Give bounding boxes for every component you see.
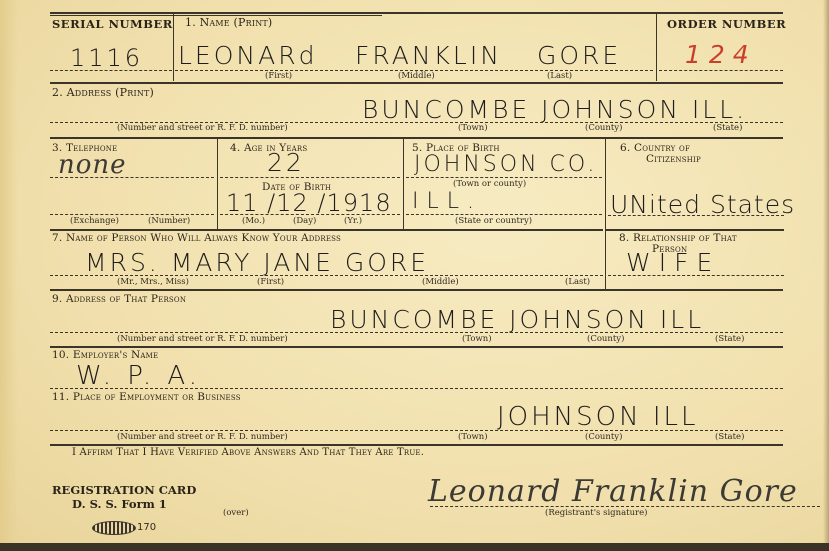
rule: [50, 289, 783, 291]
employment-sub-town: (Town): [458, 432, 488, 442]
field-line: [220, 177, 400, 178]
name-sub-first: (First): [265, 71, 292, 81]
divider: [403, 138, 404, 230]
citizenship-label-2: Citizenship: [646, 153, 701, 165]
contact-sub-title: (Mr., Mrs., Miss): [117, 277, 189, 287]
address-value: BUNCOMBE JOHNSON ILL.: [362, 95, 747, 124]
rule: [50, 229, 603, 231]
address-label: 2. Address (Print): [52, 86, 154, 99]
printer-seal-icon: [92, 521, 136, 535]
field-line: [608, 215, 784, 216]
name-middle-value: FRANKLIN: [355, 41, 502, 70]
contact-sub-last: (Last): [565, 277, 590, 287]
contact-address-label: 9. Address of That Person: [52, 293, 186, 305]
employment-sub-county: (County): [585, 432, 622, 442]
name-sub-middle: (Middle): [398, 71, 435, 81]
divider: [656, 14, 657, 81]
rule: [50, 12, 382, 14]
field-line: [430, 506, 820, 507]
telephone-value: none: [58, 150, 127, 180]
telephone-sub-exchange: (Exchange): [70, 216, 119, 226]
contact-address-sub-state: (State): [715, 334, 744, 344]
birthplace-town-value: JOHNSON CO.: [414, 152, 597, 177]
affirmation-text: I Affirm That I Have Verified Above Answ…: [72, 447, 424, 458]
card-edge-shadow: [0, 0, 18, 551]
card-title: REGISTRATION CARD: [52, 483, 196, 497]
contact-value: MRS. MARY JANE GORE: [85, 248, 429, 277]
divider: [217, 138, 218, 230]
registrant-signature: Leonard Franklin Gore: [428, 474, 798, 509]
dob-sub-day: (Day): [293, 216, 316, 226]
name-first-value: LEONARd: [178, 41, 317, 70]
address-sub-street: (Number and street or R. F. D. number): [117, 123, 288, 133]
dob-value: 11 /12 /1918: [226, 189, 392, 217]
field-line: [50, 388, 783, 389]
serial-number-value: 1116: [70, 44, 143, 72]
name-sub-last: (Last): [547, 71, 572, 81]
order-number-value: 124: [685, 40, 757, 69]
field-line: [220, 214, 400, 215]
dob-sub-yr: (Yr.): [344, 216, 362, 226]
employment-sub-state: (State): [715, 432, 744, 442]
employer-label: 10. Employer's Name: [52, 349, 158, 361]
over-note: (over): [223, 508, 249, 518]
divider: [173, 14, 174, 81]
employment-place-label: 11. Place of Employment or Business: [52, 391, 241, 403]
field-line: [50, 214, 214, 215]
field-line: [50, 70, 172, 71]
rule: [50, 444, 783, 446]
contact-sub-first: (First): [257, 277, 284, 287]
divider: [605, 138, 606, 290]
contact-address-sub-county: (County): [587, 334, 624, 344]
birthplace-sub-town: (Town or county): [453, 179, 526, 189]
rule: [606, 229, 784, 231]
print-code: 170: [137, 522, 156, 533]
address-sub-county: (County): [585, 123, 622, 133]
age-value: 22: [267, 148, 305, 177]
field-line: [50, 177, 214, 178]
field-line: [659, 70, 783, 71]
card-form-number: D. S. S. Form 1: [72, 497, 167, 511]
name-label: 1. Name (Print): [185, 16, 272, 29]
contact-label: 7. Name of Person Who Will Always Know Y…: [52, 232, 341, 244]
rule: [382, 12, 783, 14]
signature-sub: (Registrant's signature): [545, 508, 647, 518]
relationship-value: WIFE: [626, 248, 720, 277]
field-line: [50, 430, 783, 431]
field-line: [50, 332, 783, 333]
birthplace-state-value: ILL.: [412, 189, 482, 214]
address-sub-town: (Town): [458, 123, 488, 133]
dob-sub-mo: (Mo.): [242, 216, 265, 226]
name-last-value: GORE: [537, 41, 621, 70]
address-sub-state: (State): [713, 123, 742, 133]
order-number-label: ORDER NUMBER: [667, 17, 786, 31]
rule: [50, 346, 783, 348]
card-edge-shadow: [823, 0, 829, 545]
field-line: [406, 214, 602, 215]
contact-address-sub-street: (Number and street or R. F. D. number): [117, 334, 288, 344]
field-line: [406, 177, 602, 178]
employer-value: W. P. A.: [76, 361, 201, 391]
contact-address-sub-town: (Town): [462, 334, 492, 344]
birthplace-sub-state: (State or country): [455, 216, 532, 226]
field-line: [608, 275, 784, 276]
contact-sub-middle: (Middle): [422, 277, 459, 287]
serial-number-label: SERIAL NUMBER: [52, 17, 173, 31]
rule: [50, 82, 783, 84]
telephone-sub-number: (Number): [148, 216, 190, 226]
registration-card: SERIAL NUMBER 1. Name (Print) ORDER NUMB…: [0, 0, 829, 551]
contact-address-value: BUNCOMBE JOHNSON ILL: [330, 305, 704, 334]
field-line: [50, 275, 603, 276]
card-bottom-border: [0, 543, 829, 551]
employment-place-value: JOHNSON ILL: [497, 402, 698, 432]
rule: [50, 137, 783, 139]
employment-sub-street: (Number and street or R. F. D. number): [117, 432, 288, 442]
